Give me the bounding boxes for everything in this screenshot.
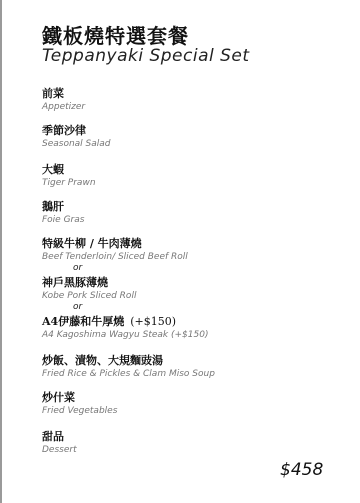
course-salad: 季節沙律 Seasonal Salad	[42, 124, 111, 151]
course-beef-option: 特級牛柳 / 牛肉薄燒 Beef Tenderloin/ Sliced Beef…	[42, 237, 188, 264]
course-name-zh: 鵝肝	[42, 200, 84, 214]
course-appetizer: 前菜 Appetizer	[42, 87, 85, 114]
course-name-zh: 炒飯、漬物、大規麵豉湯	[42, 354, 215, 368]
course-name-zh: 大蝦	[42, 163, 96, 177]
course-name-en: Beef Tenderloin/ Sliced Beef Roll	[42, 251, 188, 264]
course-wagyu-option: A4伊藤和牛厚燒(+$150) A4 Kagoshima Wagyu Steak…	[42, 315, 208, 342]
or-separator: or	[73, 263, 82, 273]
course-name-en: Tiger Prawn	[42, 177, 96, 190]
course-name-en: Kobe Pork Sliced Roll	[42, 290, 136, 303]
course-foie-gras: 鵝肝 Foie Gras	[42, 200, 84, 227]
course-name-en: Foie Gras	[42, 214, 84, 227]
course-name-zh: A4伊藤和牛厚燒(+$150)	[42, 315, 208, 329]
course-name-en: Appetizer	[42, 101, 85, 114]
set-price: $458	[280, 460, 323, 480]
surcharge-label: (+$150)	[130, 315, 176, 328]
menu-title-chinese: 鐵板燒特選套餐	[42, 20, 189, 49]
course-name-en: Fried Rice & Pickles & Clam Miso Soup	[42, 368, 215, 381]
course-name-en: Seasonal Salad	[42, 138, 111, 151]
course-kobe-pork-option: 神戶黑豚薄燒 Kobe Pork Sliced Roll	[42, 276, 136, 303]
course-name-zh: 甜品	[42, 430, 77, 444]
course-dessert: 甜品 Dessert	[42, 430, 77, 457]
course-vegetables: 炒什菜 Fried Vegetables	[42, 391, 117, 418]
menu-title-english: Teppanyaki Special Set	[42, 46, 250, 66]
course-name-zh: 炒什菜	[42, 391, 117, 405]
or-separator: or	[73, 302, 82, 312]
course-name-zh: 前菜	[42, 87, 85, 101]
course-name-zh: 季節沙律	[42, 124, 111, 138]
course-name-zh: 神戶黑豚薄燒	[42, 276, 136, 290]
course-name-en: Fried Vegetables	[42, 405, 117, 418]
course-name-en: Dessert	[42, 444, 77, 457]
course-fried-rice-soup: 炒飯、漬物、大規麵豉湯 Fried Rice & Pickles & Clam …	[42, 354, 215, 381]
course-name-zh: 特級牛柳 / 牛肉薄燒	[42, 237, 188, 251]
course-name-zh-text: A4伊藤和牛厚燒	[42, 315, 124, 328]
course-name-en: A4 Kagoshima Wagyu Steak (+$150)	[42, 329, 208, 342]
course-prawn: 大蝦 Tiger Prawn	[42, 163, 96, 190]
